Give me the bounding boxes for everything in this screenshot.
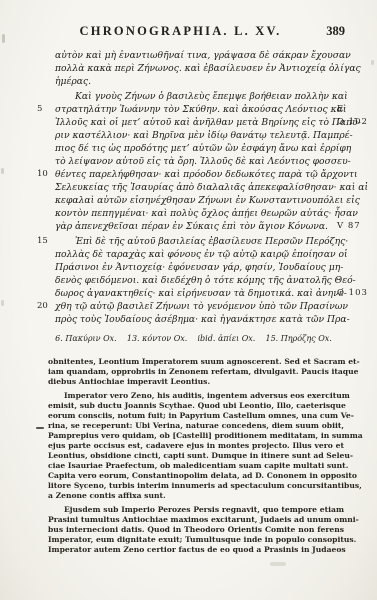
greek-line-text: Ἐπὶ δὲ τῆς αὐτοῦ βασιλείας ἐβασίλευσε Πε… (75, 236, 348, 247)
greek-line: ἡμέρας. (55, 75, 332, 88)
greek-line: κεφαλαὶ αὐτῶν εἰσηνέχθησαν Ζήνωνι ἐν Κων… (55, 194, 332, 207)
latin-line-text: litore Syceno, turbis interim innumeris … (48, 481, 362, 490)
latin-line-text: Imperator autem Zeno certior factus de e… (48, 545, 346, 554)
latin-line-text: emisit, sub ductu Joannis Scythae. Quod … (48, 401, 346, 410)
latin-line-text: obnitentes, Leontium Imperatorem suum ag… (48, 357, 360, 366)
latin-line: ciae Isauriae Praefectum, ob maledicenti… (48, 461, 344, 471)
latin-line-text: Prasini tumultus Antiochiae maximos exci… (48, 515, 359, 524)
greek-line-text: αὐτὸν καὶ μὴ ἐναντιωθῆναί τινα, γράψασα … (55, 50, 351, 61)
latin-line-text: ciae Isauriae Praefectum, ob maledicenti… (48, 461, 348, 470)
latin-line-text: Capita vero eorum, Constantinopolim dela… (48, 471, 357, 480)
greek-line: Ἰλλοῦς καὶ οἱ μετ’ αὐτοῦ καὶ ἀνῆλθαν μετ… (55, 116, 332, 129)
greek-line-text: στρατηλάτην Ἰωάννην τὸν Σκύθην. καὶ ἀκού… (55, 104, 346, 115)
latin-line-text: ejus parte occisus est, cadavere ejus in… (48, 441, 344, 450)
latin-line: bus internecioni datis. Quod in Theodoro… (48, 525, 344, 535)
latin-line-text: eorum consciis, notum fuit; in Papyrium … (48, 411, 354, 420)
latin-line: ejus parte occisus est, cadavere ejus in… (48, 441, 344, 451)
greek-line-text: πολλὰς δὲ ταραχὰς καὶ φόνους ἐν τῷ αὐτῷ … (55, 249, 348, 260)
latin-line: iam quandam, opprobriis in Zenonem refer… (48, 367, 344, 377)
greek-line: γὰρ ἀπενεχθεῖσαι πέραν ἐν Σύκαις ἐπὶ τὸν… (55, 220, 332, 233)
greek-line: τὸ λείψανον αὐτοῦ εἰς τὰ ὄρη. Ἰλλοῦς δὲ … (55, 155, 332, 168)
greek-line-text: δενὸς φειδόμενοι. καὶ διεδέχθη ὁ τότε κό… (55, 275, 356, 286)
margin-reference: V 87 (337, 220, 361, 233)
line-number: 20 (37, 300, 53, 313)
greek-line-text: ἡμέρας. (55, 76, 91, 87)
greek-line: αὐτὸν καὶ μὴ ἐναντιωθῆναί τινα, γράψασα … (55, 49, 332, 62)
running-header: CHRONOGRAPHIA. L. XV. 389 (42, 24, 359, 40)
greek-line-text: τὸ λείψανον αὐτοῦ εἰς τὰ ὄρη. Ἰλλοῦς δὲ … (55, 156, 351, 167)
latin-line-text: Ejusdem sub Imperio Perozes Persis regna… (64, 505, 344, 514)
line-number: 5 (37, 103, 53, 116)
latin-line: rina, se receperunt: Ubi Verina, naturae… (48, 421, 344, 431)
latin-line: Prasini tumultus Antiochiae maximos exci… (48, 515, 344, 525)
scan-artifact (1, 168, 4, 174)
scan-artifact (1, 300, 4, 306)
latin-line: eorum consciis, notum fuit; in Papyrium … (48, 411, 344, 421)
greek-line-text: πολλὰ κακὰ περὶ Ζήνωνος. καὶ ἐβασίλευσεν… (55, 63, 361, 74)
line-number: 15 (37, 235, 53, 248)
latin-line: emisit, sub ductu Joannis Scythae. Quod … (48, 401, 344, 411)
latin-line: Imperator autem Zeno certior factus de e… (48, 545, 344, 555)
greek-line-text: θέντες παρελήφθησαν· καὶ πρόοδον δεδωκότ… (55, 169, 358, 180)
header-title: CHRONOGRAPHIA. L. XV. (42, 24, 319, 39)
greek-line: 10θέντες παρελήφθησαν· καὶ πρόοδον δεδωκ… (55, 168, 332, 181)
latin-line: diebus Antiochiae imperavit Leontius. (48, 377, 344, 387)
greek-line-text: χθη τῷ αὐτῷ βασιλεῖ Ζήνωνι τὸ γενόμενον … (55, 301, 348, 312)
greek-line: πρὸς τοὺς Ἰουδαίους ἀσέβημα· καὶ ἠγανάκτ… (55, 313, 332, 326)
scan-artifact (371, 60, 374, 65)
greek-line: Σελευκείας τῆς Ἰσαυρίας ἀπὸ διαλαλιᾶς ἀπ… (55, 181, 332, 194)
greek-line: 15Ἐπὶ δὲ τῆς αὐτοῦ βασιλείας ἐβασίλευσε … (55, 235, 332, 248)
greek-line-text: γὰρ ἀπενεχθεῖσαι πέραν ἐν Σύκαις ἐπὶ τὸν… (55, 221, 328, 232)
greek-line: κοντὸν πεπηγμέναι· καὶ πολὺς ὄχλος ἀπῄει… (55, 207, 332, 220)
greek-line-text: κεφαλαὶ αὐτῶν εἰσηνέχθησαν Ζήνωνι ἐν Κων… (55, 195, 360, 206)
latin-line-text: Imperator, eum dignitate exuit; Tumultus… (48, 535, 356, 544)
latin-line: Imperator, eum dignitate exuit; Tumultus… (48, 535, 344, 545)
greek-line: πολλὰ κακὰ περὶ Ζήνωνος. καὶ ἐβασίλευσεν… (55, 62, 332, 75)
greek-line: πολλὰς δὲ ταραχὰς καὶ φόνους ἐν τῷ αὐτῷ … (55, 248, 332, 261)
latin-line: Capita vero eorum, Constantinopolim dela… (48, 471, 344, 481)
greek-line-text: Ἰλλοῦς καὶ οἱ μετ’ αὐτοῦ καὶ ἀνῆλθαν μετ… (55, 117, 361, 128)
greek-line: 5στρατηλάτην Ἰωάννην τὸν Σκύθην. καὶ ἀκο… (55, 103, 332, 116)
greek-line-text: ριν καστέλλιον· καὶ Βηρῖνα μὲν ἰδίῳ θανά… (55, 130, 353, 141)
latin-line: Ejusdem sub Imperio Perozes Persis regna… (48, 505, 344, 515)
greek-line-text: Πράσινοι ἐν Ἀντιοχείᾳ· ἐφόνευσαν γάρ, φη… (55, 262, 343, 273)
greek-line-text: Σελευκείας τῆς Ἰσαυρίας ἀπὸ διαλαλιᾶς ἀπ… (55, 182, 368, 193)
latin-line-text: bus internecioni datis. Quod in Theodoro… (48, 525, 344, 534)
greek-line: δενὸς φειδόμενοι. καὶ διεδέχθη ὁ τότε κό… (55, 274, 332, 287)
margin-dash-artifact (36, 427, 44, 429)
greek-line-text: δωρος ἀγανακτηθείς· καὶ εἰρήνευσαν τὰ δη… (55, 288, 347, 299)
latin-line: litore Syceno, turbis interim innumeris … (48, 481, 344, 491)
greek-line: Πράσινοι ἐν Ἀντιοχείᾳ· ἐφόνευσαν γάρ, φη… (55, 261, 332, 274)
latin-line: Pamprepius vero quidam, ob [Castelli] pr… (48, 431, 344, 441)
scan-artifact (270, 562, 286, 566)
apparatus-criticus: 6. Πακύριν Ox. 13. κόντον Ox. ibid. ἀπίε… (55, 334, 332, 343)
greek-line: δωρος ἀγανακτηθείς· καὶ εἰρήνευσαν τὰ δη… (55, 287, 332, 300)
margin-reference: O 102 (337, 116, 368, 129)
margin-reference: O 103 (337, 287, 368, 300)
greek-line: πιος δέ τις ὡς προδότης μετ’ αὐτῶν ὢν ἐσ… (55, 142, 332, 155)
latin-line-text: Pamprepius vero quidam, ob [Castelli] pr… (48, 431, 363, 440)
line-number: 10 (37, 168, 53, 181)
latin-line-text: Leontius, obsidione cincti, capti sunt. … (48, 451, 353, 460)
page-number: 389 (326, 24, 345, 39)
latin-line: Imperator vero Zeno, his auditis, ingent… (48, 391, 344, 401)
greek-text-block: αὐτὸν καὶ μὴ ἐναντιωθῆναί τινα, γράψασα … (55, 49, 332, 326)
scan-artifact (2, 34, 5, 43)
latin-line: a Zenone contis affixa sunt. (48, 491, 344, 501)
latin-line: Leontius, obsidione cincti, capti sunt. … (48, 451, 344, 461)
latin-line: obnitentes, Leontium Imperatorem suum ag… (48, 357, 344, 367)
scanned-book-page: CHRONOGRAPHIA. L. XV. 389 αὐτὸν καὶ μὴ ἐ… (0, 0, 377, 600)
greek-line-text: πιος δέ τις ὡς προδότης μετ’ αὐτῶν ὢν ἐσ… (55, 143, 351, 154)
greek-line: 20χθη τῷ αὐτῷ βασιλεῖ Ζήνωνι τὸ γενόμενο… (55, 300, 332, 313)
latin-line-text: diebus Antiochiae imperavit Leontius. (48, 377, 210, 386)
greek-line-text: πρὸς τοὺς Ἰουδαίους ἀσέβημα· καὶ ἠγανάκτ… (55, 314, 350, 325)
latin-line-text: Imperator vero Zeno, his auditis, ingent… (64, 391, 350, 400)
greek-line: ριν καστέλλιον· καὶ Βηρῖνα μὲν ἰδίῳ θανά… (55, 129, 332, 142)
latin-line-text: a Zenone contis affixa sunt. (48, 491, 166, 500)
greek-line-text: Καὶ γνοὺς Ζήνων ὁ βασιλεὺς ἔπεμψε βοήθει… (75, 91, 348, 102)
latin-line-text: rina, se receperunt: Ubi Verina, naturae… (48, 421, 344, 430)
margin-reference: E (337, 103, 344, 116)
latin-line-text: iam quandam, opprobriis in Zenonem refer… (48, 367, 358, 376)
greek-line: Καὶ γνοὺς Ζήνων ὁ βασιλεὺς ἔπεμψε βοήθει… (55, 90, 332, 103)
latin-translation-block: obnitentes, Leontium Imperatorem suum ag… (48, 357, 344, 555)
greek-line-text: κοντὸν πεπηγμέναι· καὶ πολὺς ὄχλος ἀπῄει… (55, 208, 358, 219)
